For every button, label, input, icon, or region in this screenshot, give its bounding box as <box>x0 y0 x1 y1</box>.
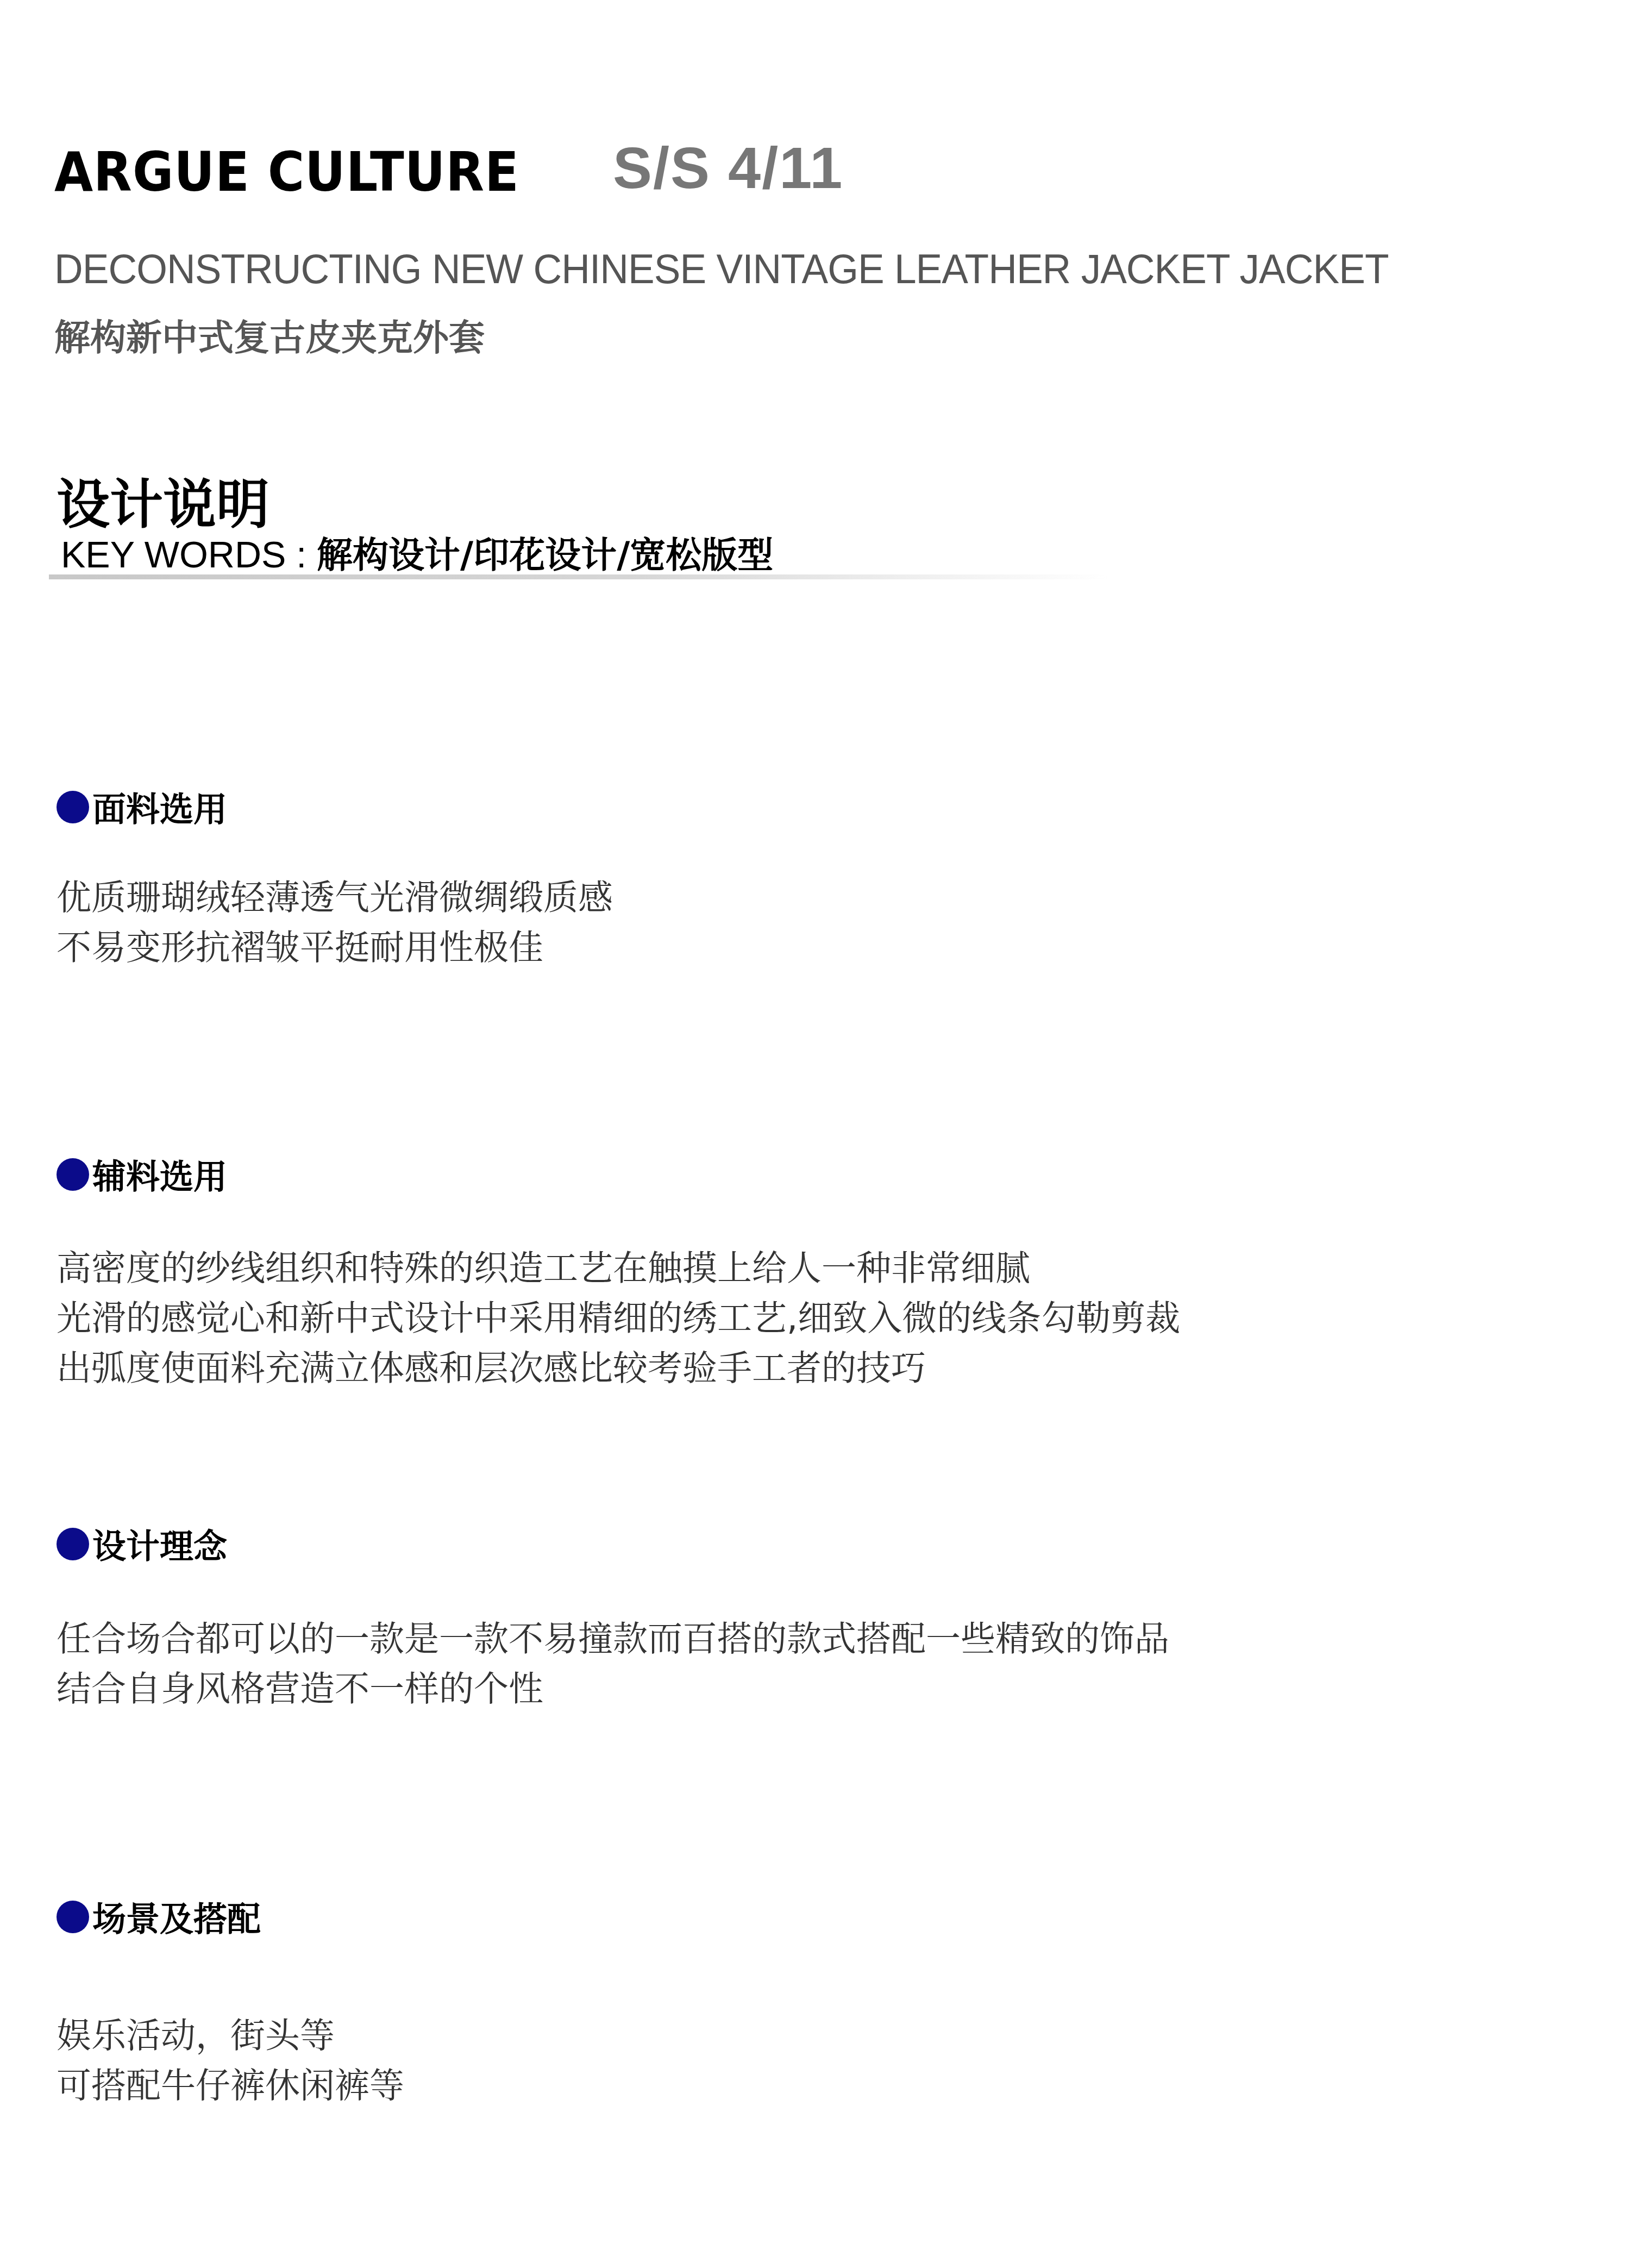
section-heading-label: 设计理念 <box>92 1520 227 1568</box>
bullet-dot-icon <box>57 1901 89 1933</box>
body-line: 出弧度使面料充满立体感和层次感比较考验手工者的技巧 <box>57 1344 1180 1394</box>
section-heading-fabric: 面料选用 <box>57 783 227 831</box>
section-heading-label: 辅料选用 <box>92 1150 227 1198</box>
bullet-dot-icon <box>57 1158 89 1191</box>
section-body-accessories: 高密度的纱线组织和特殊的织造工艺在触摸上给人一种非常细腻 光滑的感觉心和新中式设… <box>57 1244 1180 1394</box>
season-label: S/S 4/11 <box>613 134 843 202</box>
bullet-dot-icon <box>57 791 89 823</box>
body-line: 结合自身风格营造不一样的个性 <box>57 1664 1169 1714</box>
keywords-value: 解构设计/印花设计/宽松版型 <box>317 534 773 576</box>
product-title-en: DECONSTRUCTING NEW CHINESE VINTAGE LEATH… <box>54 246 1389 293</box>
keywords-label: KEY WORDS : <box>61 534 317 576</box>
body-line: 优质珊瑚绒轻薄透气光滑微绸缎质感 <box>57 873 613 923</box>
section-heading-scenes: 场景及搭配 <box>57 1892 261 1941</box>
section-heading-accessories: 辅料选用 <box>57 1150 227 1198</box>
body-line: 不易变形抗褶皱平挺耐用性极佳 <box>57 923 613 973</box>
bullet-dot-icon <box>57 1528 89 1560</box>
section-heading-concept: 设计理念 <box>57 1520 227 1568</box>
section-heading-label: 场景及搭配 <box>92 1892 261 1941</box>
section-body-fabric: 优质珊瑚绒轻薄透气光滑微绸缎质感 不易变形抗褶皱平挺耐用性极佳 <box>57 873 613 973</box>
section-body-scenes: 娱乐活动，街头等 可搭配牛仔裤休闲裤等 <box>57 2011 404 2111</box>
section-heading-label: 面料选用 <box>92 783 227 831</box>
gradient-divider <box>49 574 1108 579</box>
brand-name: ARGUE CULTURE <box>54 140 519 204</box>
body-line: 娱乐活动，街头等 <box>57 2011 404 2061</box>
keywords-line: KEY WORDS : 解构设计/印花设计/宽松版型 <box>61 526 773 578</box>
body-line: 任合场合都可以的一款是一款不易撞款而百搭的款式搭配一些精致的饰品 <box>57 1614 1169 1664</box>
section-body-concept: 任合场合都可以的一款是一款不易撞款而百搭的款式搭配一些精致的饰品 结合自身风格营… <box>57 1614 1169 1714</box>
body-line: 可搭配牛仔裤休闲裤等 <box>57 2061 404 2111</box>
body-line: 光滑的感觉心和新中式设计中采用精细的绣工艺,细致入微的线条勾勒剪裁 <box>57 1294 1180 1344</box>
product-title-cn: 解构新中式复古皮夹克外套 <box>54 309 485 360</box>
body-line: 高密度的纱线组织和特殊的织造工艺在触摸上给人一种非常细腻 <box>57 1244 1180 1294</box>
